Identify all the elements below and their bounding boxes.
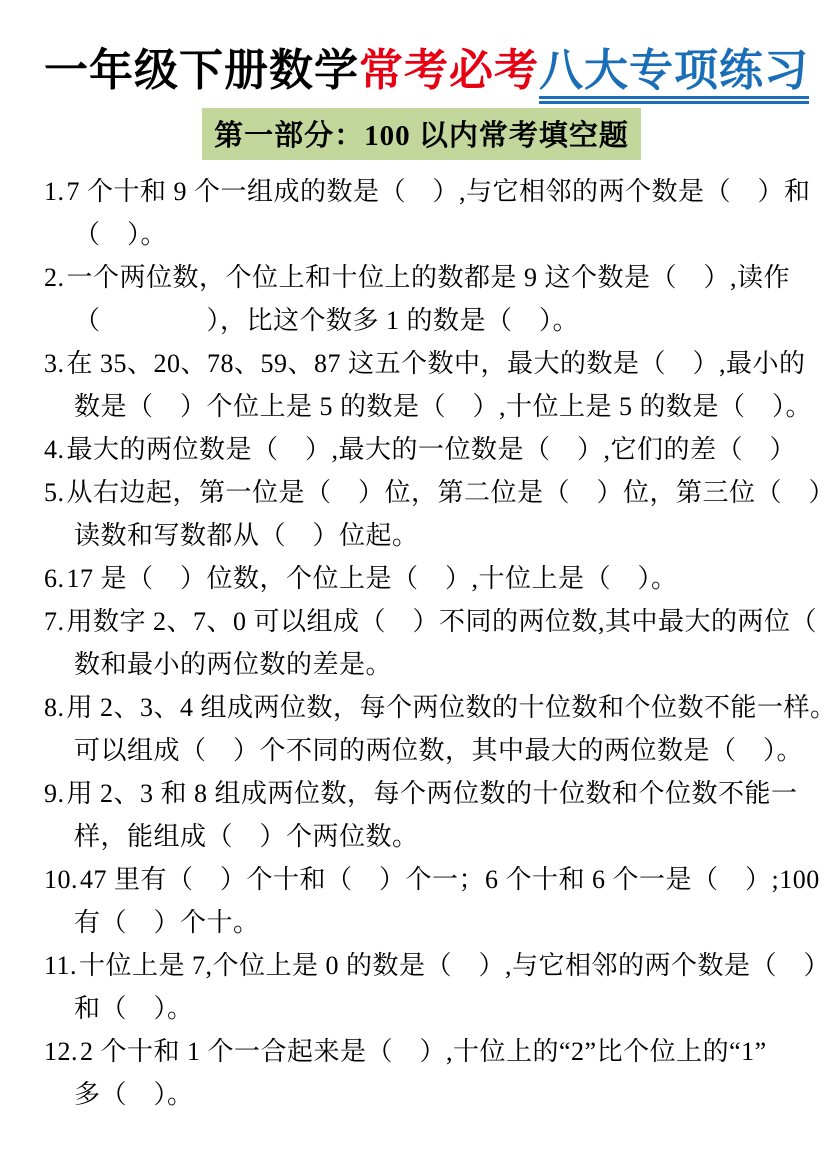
question-text: （ ），比这个数多 1 的数是（ ）。 <box>74 306 579 335</box>
question-number: 4. <box>44 435 67 464</box>
title-segment-highlight-blue: 八大专项练习 <box>539 46 809 104</box>
question-item: 12.2 个十和 1 个一合起来是（ ）,十位上的“2”比个位上的“1”多（ ）… <box>44 1030 799 1116</box>
question-text: 从右边起，第一位是（ ）位，第二位是（ ）位，第三位（ ）位， <box>67 478 827 507</box>
question-item: 3.在 35、20、78、59、87 这五个数中，最大的数是（ ）,最小的数是（… <box>44 342 799 428</box>
page-title: 一年级下册数学常考必考八大专项练习 <box>44 34 799 98</box>
question-line-first: 11.十位上是 7,个位上是 0 的数是（ ）,与它相邻的两个数是（ ） <box>44 944 799 987</box>
question-line-continuation: 读数和写数都从（ ）位起。 <box>44 514 799 557</box>
question-number: 10. <box>44 865 80 894</box>
question-number: 12. <box>44 1037 80 1066</box>
question-text: 一个两位数，个位上和十位上的数都是 9 这个数是（ ）,读作 <box>67 263 791 292</box>
question-line-first: 3.在 35、20、78、59、87 这五个数中，最大的数是（ ）,最小的 <box>44 342 799 385</box>
question-item: 8.用 2、3、4 组成两位数，每个两位数的十位数和个位数不能一样。可以组成（ … <box>44 686 799 772</box>
question-item: 11.十位上是 7,个位上是 0 的数是（ ）,与它相邻的两个数是（ ）和（ ）… <box>44 944 799 1030</box>
question-line-first: 10.47 里有（ ）个十和（ ）个一；6 个十和 6 个一是（ ）;100 里… <box>44 858 799 901</box>
question-line-first: 7.用数字 2、7、0 可以组成（ ）不同的两位数,其中最大的两位（ ） <box>44 600 799 643</box>
question-line-continuation: 有（ ）个十。 <box>44 901 799 944</box>
question-item: 2.一个两位数，个位上和十位上的数都是 9 这个数是（ ）,读作（ ），比这个数… <box>44 256 799 342</box>
question-item: 4.最大的两位数是（ ）,最大的一位数是（ ）,它们的差（ ） <box>44 428 799 471</box>
question-text: 在 35、20、78、59、87 这五个数中，最大的数是（ ）,最小的 <box>67 349 806 378</box>
question-text: 数是（ ）个位上是 5 的数是（ ）,十位上是 5 的数是（ ）。 <box>74 392 812 421</box>
question-line-first: 5.从右边起，第一位是（ ）位，第二位是（ ）位，第三位（ ）位， <box>44 471 799 514</box>
question-text: 有（ ）个十。 <box>74 908 260 937</box>
question-number: 2. <box>44 263 67 292</box>
question-line-continuation: 多（ ）。 <box>44 1073 799 1116</box>
question-text: 十位上是 7,个位上是 0 的数是（ ）,与它相邻的两个数是（ ） <box>79 951 827 980</box>
question-item: 9.用 2、3 和 8 组成两位数，每个两位数的十位数和个位数不能一样，能组成（… <box>44 772 799 858</box>
question-line-continuation: 可以组成（ ）个不同的两位数，其中最大的两位数是（ ）。 <box>44 729 799 772</box>
question-number: 5. <box>44 478 67 507</box>
question-line-continuation: 和（ ）。 <box>44 987 799 1030</box>
question-text: （ ）。 <box>74 220 167 249</box>
question-text: 用 2、3、4 组成两位数，每个两位数的十位数和个位数不能一样。 <box>67 693 827 722</box>
question-line-continuation: 样，能组成（ ）个两位数。 <box>44 815 799 858</box>
question-text: 多（ ）。 <box>74 1080 194 1109</box>
question-number: 9. <box>44 779 67 808</box>
question-line-first: 1.7 个十和 9 个一组成的数是（ ）,与它相邻的两个数是（ ）和 <box>44 170 799 213</box>
question-text: 用 2、3 和 8 组成两位数，每个两位数的十位数和个位数不能一 <box>67 779 798 808</box>
question-line-continuation: （ ），比这个数多 1 的数是（ ）。 <box>44 299 799 342</box>
question-number: 3. <box>44 349 67 378</box>
section-heading: 第一部分：100 以内常考填空题 <box>202 108 641 160</box>
worksheet-page: 一年级下册数学常考必考八大专项练习 第一部分：100 以内常考填空题 1.7 个… <box>0 0 827 1169</box>
question-text: 7 个十和 9 个一组成的数是（ ）,与它相邻的两个数是（ ）和 <box>67 177 811 206</box>
section-heading-row: 第一部分：100 以内常考填空题 <box>44 108 799 160</box>
title-segment-highlight-red: 常考必考 <box>359 46 539 95</box>
question-line-first: 8.用 2、3、4 组成两位数，每个两位数的十位数和个位数不能一样。 <box>44 686 799 729</box>
question-item: 5.从右边起，第一位是（ ）位，第二位是（ ）位，第三位（ ）位，读数和写数都从… <box>44 471 799 557</box>
question-line-first: 6.17 是（ ）位数，个位上是（ ）,十位上是（ ）。 <box>44 557 799 600</box>
question-number: 7. <box>44 607 67 636</box>
question-text: 读数和写数都从（ ）位起。 <box>74 521 419 550</box>
question-item: 1.7 个十和 9 个一组成的数是（ ）,与它相邻的两个数是（ ）和（ ）。 <box>44 170 799 256</box>
question-line-first: 9.用 2、3 和 8 组成两位数，每个两位数的十位数和个位数不能一 <box>44 772 799 815</box>
question-number: 11. <box>44 951 79 980</box>
question-text: 样，能组成（ ）个两位数。 <box>74 822 419 851</box>
question-number: 6. <box>44 564 67 593</box>
question-text: 数和最小的两位数的差是。 <box>74 650 392 679</box>
question-line-continuation: （ ）。 <box>44 213 799 256</box>
question-text: 和（ ）。 <box>74 994 194 1023</box>
question-text: 2 个十和 1 个一合起来是（ ）,十位上的“2”比个位上的“1” <box>80 1037 767 1066</box>
question-number: 1. <box>44 177 67 206</box>
title-segment-grade: 一年级下册数学 <box>44 46 359 95</box>
question-line-continuation: 数是（ ）个位上是 5 的数是（ ）,十位上是 5 的数是（ ）。 <box>44 385 799 428</box>
question-line-first: 4.最大的两位数是（ ）,最大的一位数是（ ）,它们的差（ ） <box>44 428 799 471</box>
question-item: 7.用数字 2、7、0 可以组成（ ）不同的两位数,其中最大的两位（ ）数和最小… <box>44 600 799 686</box>
question-line-continuation: 数和最小的两位数的差是。 <box>44 643 799 686</box>
question-number: 8. <box>44 693 67 722</box>
question-item: 10.47 里有（ ）个十和（ ）个一；6 个十和 6 个一是（ ）;100 里… <box>44 858 799 944</box>
question-text: 最大的两位数是（ ）,最大的一位数是（ ）,它们的差（ ） <box>67 435 797 464</box>
question-text: 用数字 2、7、0 可以组成（ ）不同的两位数,其中最大的两位（ ） <box>67 607 827 636</box>
question-list: 1.7 个十和 9 个一组成的数是（ ）,与它相邻的两个数是（ ）和（ ）。2.… <box>44 170 799 1116</box>
question-text: 47 里有（ ）个十和（ ）个一；6 个十和 6 个一是（ ）;100 里面 <box>80 865 827 894</box>
question-text: 可以组成（ ）个不同的两位数，其中最大的两位数是（ ）。 <box>74 736 803 765</box>
question-line-first: 2.一个两位数，个位上和十位上的数都是 9 这个数是（ ）,读作 <box>44 256 799 299</box>
question-item: 6.17 是（ ）位数，个位上是（ ）,十位上是（ ）。 <box>44 557 799 600</box>
question-text: 17 是（ ）位数，个位上是（ ）,十位上是（ ）。 <box>67 564 678 593</box>
question-line-first: 12.2 个十和 1 个一合起来是（ ）,十位上的“2”比个位上的“1” <box>44 1030 799 1073</box>
